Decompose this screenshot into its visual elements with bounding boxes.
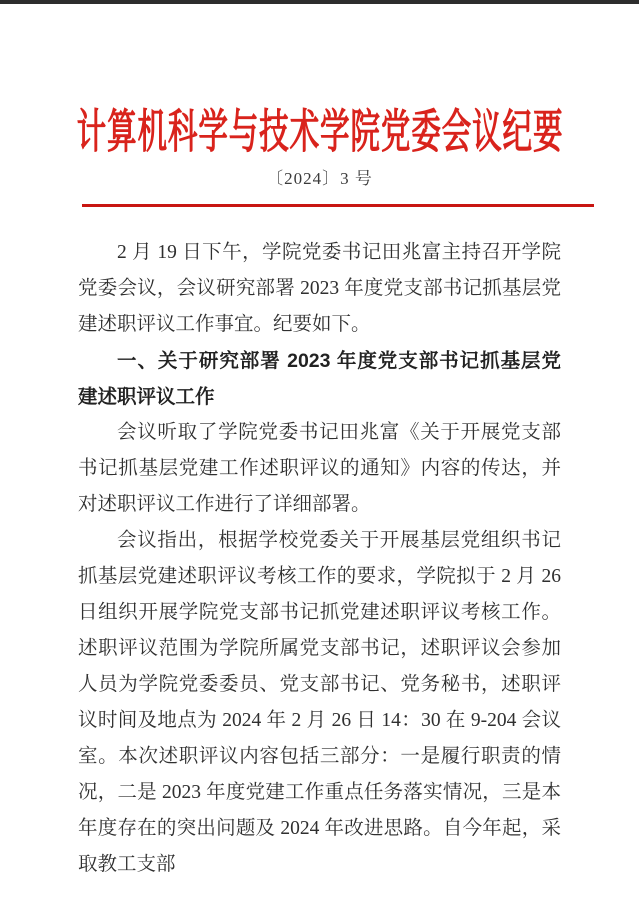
document-content: 计算机科学与技术学院党委会议纪要 〔2024〕3 号 2 月 19 日下午，学院… bbox=[0, 110, 639, 883]
title-row: 计算机科学与技术学院党委会议纪要 bbox=[78, 110, 561, 156]
paragraph-briefing: 会议听取了学院党委书记田兆富《关于开展党支部书记抓基层党建工作述职评议的通知》内… bbox=[78, 415, 561, 523]
document-body: 2 月 19 日下午，学院党委书记田兆富主持召开学院党委会议，会议研究部署 20… bbox=[78, 235, 561, 883]
paragraph-arrangement: 会议指出，根据学校党委关于开展基层党组织书记抓基层党建述职评议考核工作的要求，学… bbox=[78, 523, 561, 883]
document-title: 计算机科学与技术学院党委会议纪要 bbox=[76, 105, 563, 161]
section-heading: 一、关于研究部署 2023 年度党支部书记抓基层党建述职评议工作 bbox=[78, 343, 561, 415]
top-edge-bar bbox=[0, 0, 639, 4]
paragraph-intro: 2 月 19 日下午，学院党委书记田兆富主持召开学院党委会议，会议研究部署 20… bbox=[78, 235, 561, 343]
red-divider-rule bbox=[82, 204, 594, 207]
document-number: 〔2024〕3 号 bbox=[78, 166, 561, 192]
document-page: 计算机科学与技术学院党委会议纪要 〔2024〕3 号 2 月 19 日下午，学院… bbox=[0, 0, 639, 908]
